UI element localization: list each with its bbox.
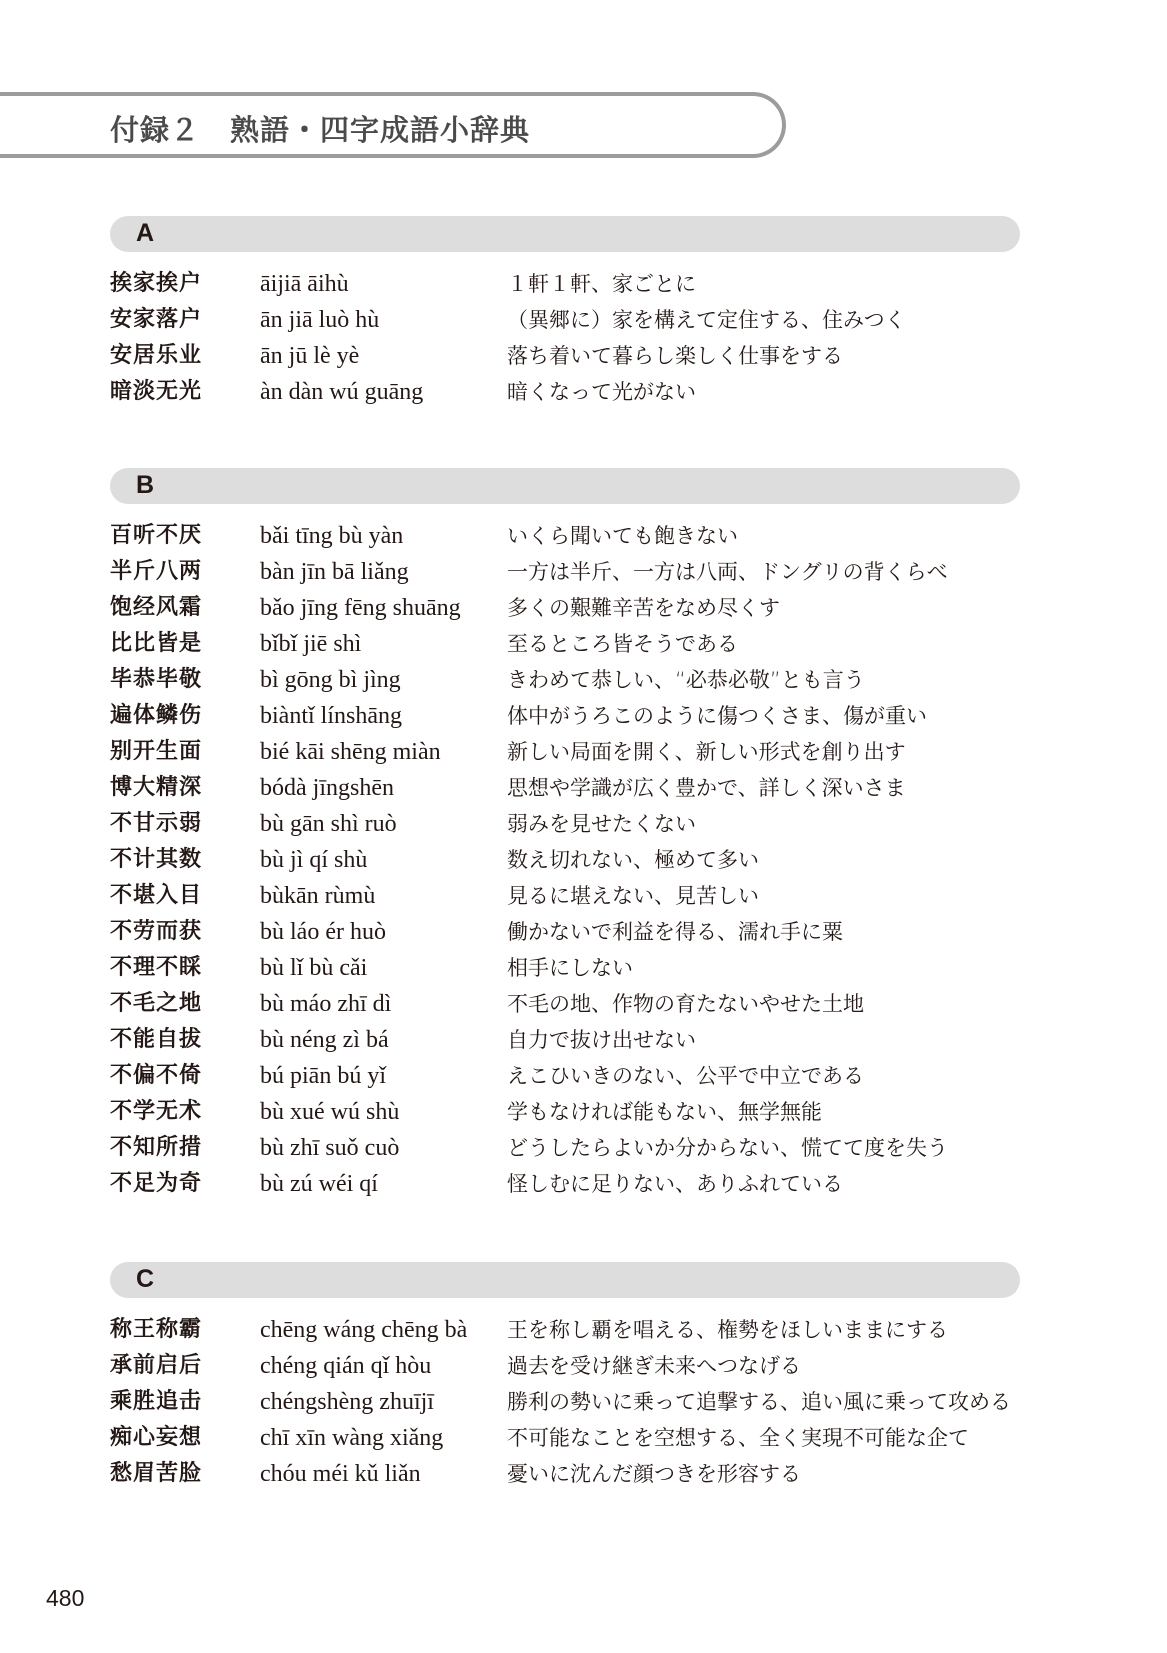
entry-pinyin: bǎi tīng bù yàn bbox=[260, 518, 507, 554]
entry-pinyin: chī xīn wàng xiǎng bbox=[260, 1420, 507, 1456]
dictionary-entry: 称王称霸chēng wáng chēng bà王を称し覇を唱える、権勢をほしいま… bbox=[110, 1312, 1030, 1348]
entry-meaning: 思想や学識が広く豊かで、詳しく深いさま bbox=[507, 770, 1027, 806]
entry-hanzi: 不计其数 bbox=[110, 842, 260, 878]
chapter-title: 付録２ 熟語・四字成語小辞典 bbox=[110, 108, 530, 149]
page-number: 480 bbox=[46, 1585, 84, 1612]
dictionary-entry: 不知所措bù zhī suǒ cuòどうしたらよいか分からない、慌てて度を失う bbox=[110, 1130, 1030, 1166]
entry-meaning: （異郷に）家を構えて定住する、住みつく bbox=[507, 302, 1027, 338]
entry-meaning: １軒１軒、家ごとに bbox=[507, 266, 1027, 302]
entry-meaning: えこひいきのない、公平で中立である bbox=[507, 1058, 1027, 1094]
entry-hanzi: 愁眉苦脸 bbox=[110, 1456, 260, 1492]
dictionary-entry: 不足为奇bù zú wéi qí怪しむに足りない、ありふれている bbox=[110, 1166, 1030, 1202]
entry-meaning: 王を称し覇を唱える、権勢をほしいままにする bbox=[507, 1312, 1027, 1348]
entry-hanzi: 乘胜追击 bbox=[110, 1384, 260, 1420]
entry-hanzi: 不能自拔 bbox=[110, 1022, 260, 1058]
dictionary-entry: 挨家挨户āijiā āihù１軒１軒、家ごとに bbox=[110, 266, 1030, 302]
entry-meaning: 不可能なことを空想する、全く実現不可能な企て bbox=[507, 1420, 1027, 1456]
entry-hanzi: 不学无术 bbox=[110, 1094, 260, 1130]
dictionary-entry: 半斤八两bàn jīn bā liǎng一方は半斤、一方は八両、ドングリの背くら… bbox=[110, 554, 1030, 590]
entry-meaning: 働かないで利益を得る、濡れ手に粟 bbox=[507, 914, 1027, 950]
entry-pinyin: bì gōng bì jìng bbox=[260, 662, 507, 698]
dictionary-entry: 不学无术bù xué wú shù学もなければ能もない、無学無能 bbox=[110, 1094, 1030, 1130]
entry-hanzi: 饱经风霜 bbox=[110, 590, 260, 626]
section-a-entries: 挨家挨户āijiā āihù１軒１軒、家ごとに 安家落户ān jiā luò h… bbox=[110, 266, 1030, 410]
entry-pinyin: bù néng zì bá bbox=[260, 1022, 507, 1058]
dictionary-entry: 遍体鳞伤biàntǐ línshāng体中がうろこのように傷つくさま、傷が重い bbox=[110, 698, 1030, 734]
entry-meaning: どうしたらよいか分からない、慌てて度を失う bbox=[507, 1130, 1027, 1166]
entry-pinyin: bú piān bú yǐ bbox=[260, 1058, 507, 1094]
entry-pinyin: bù zú wéi qí bbox=[260, 1166, 507, 1202]
entry-pinyin: bù lǐ bù cǎi bbox=[260, 950, 507, 986]
entry-hanzi: 不甘示弱 bbox=[110, 806, 260, 842]
dictionary-entry: 承前启后chéng qián qǐ hòu過去を受け継ぎ未来へつなげる bbox=[110, 1348, 1030, 1384]
entry-pinyin: bǐbǐ jiē shì bbox=[260, 626, 507, 662]
entry-meaning: 数え切れない、極めて多い bbox=[507, 842, 1027, 878]
entry-meaning: 相手にしない bbox=[507, 950, 1027, 986]
section-letter: C bbox=[136, 1265, 154, 1294]
entry-hanzi: 别开生面 bbox=[110, 734, 260, 770]
entry-pinyin: āijiā āihù bbox=[260, 266, 507, 302]
dictionary-entry: 愁眉苦脸chóu méi kǔ liǎn憂いに沈んだ顔つきを形容する bbox=[110, 1456, 1030, 1492]
entry-hanzi: 遍体鳞伤 bbox=[110, 698, 260, 734]
dictionary-entry: 不能自拔bù néng zì bá自力で抜け出せない bbox=[110, 1022, 1030, 1058]
dictionary-entry: 痴心妄想chī xīn wàng xiǎng不可能なことを空想する、全く実現不可… bbox=[110, 1420, 1030, 1456]
entry-meaning: 体中がうろこのように傷つくさま、傷が重い bbox=[507, 698, 1027, 734]
entry-meaning: 見るに堪えない、見苦しい bbox=[507, 878, 1027, 914]
section-c-entries: 称王称霸chēng wáng chēng bà王を称し覇を唱える、権勢をほしいま… bbox=[110, 1312, 1030, 1492]
entry-meaning: 勝利の勢いに乗って追撃する、追い風に乗って攻める bbox=[507, 1384, 1027, 1420]
entry-pinyin: bù máo zhī dì bbox=[260, 986, 507, 1022]
entry-meaning: 怪しむに足りない、ありふれている bbox=[507, 1166, 1027, 1202]
dictionary-entry: 暗淡无光àn dàn wú guāng暗くなって光がない bbox=[110, 374, 1030, 410]
entry-hanzi: 不偏不倚 bbox=[110, 1058, 260, 1094]
entry-pinyin: biàntǐ línshāng bbox=[260, 698, 507, 734]
entry-pinyin: bǎo jīng fēng shuāng bbox=[260, 590, 507, 626]
dictionary-entry: 不甘示弱bù gān shì ruò弱みを見せたくない bbox=[110, 806, 1030, 842]
entry-pinyin: bù zhī suǒ cuò bbox=[260, 1130, 507, 1166]
entry-hanzi: 不理不睬 bbox=[110, 950, 260, 986]
entry-pinyin: bódà jīngshēn bbox=[260, 770, 507, 806]
dictionary-entry: 不堪入目bùkān rùmù見るに堪えない、見苦しい bbox=[110, 878, 1030, 914]
dictionary-entry: 乘胜追击chéngshèng zhuījī勝利の勢いに乗って追撃する、追い風に乗… bbox=[110, 1384, 1030, 1420]
entry-pinyin: chéng qián qǐ hòu bbox=[260, 1348, 507, 1384]
entry-meaning: 一方は半斤、一方は八両、ドングリの背くらべ bbox=[507, 554, 1027, 590]
entry-hanzi: 暗淡无光 bbox=[110, 374, 260, 410]
entry-pinyin: ān jiā luò hù bbox=[260, 302, 507, 338]
entry-hanzi: 安居乐业 bbox=[110, 338, 260, 374]
entry-meaning: 不毛の地、作物の育たないやせた土地 bbox=[507, 986, 1027, 1022]
entry-pinyin: chéngshèng zhuījī bbox=[260, 1384, 507, 1420]
dictionary-entry: 比比皆是bǐbǐ jiē shì至るところ皆そうである bbox=[110, 626, 1030, 662]
dictionary-entry: 博大精深bódà jīngshēn思想や学識が広く豊かで、詳しく深いさま bbox=[110, 770, 1030, 806]
section-header-c: C bbox=[110, 1262, 1020, 1298]
section-header-b: B bbox=[110, 468, 1020, 504]
entry-pinyin: bié kāi shēng miàn bbox=[260, 734, 507, 770]
entry-pinyin: chēng wáng chēng bà bbox=[260, 1312, 507, 1348]
entry-meaning: 新しい局面を開く、新しい形式を創り出す bbox=[507, 734, 1027, 770]
entry-meaning: 至るところ皆そうである bbox=[507, 626, 1027, 662]
entry-hanzi: 安家落户 bbox=[110, 302, 260, 338]
entry-hanzi: 半斤八两 bbox=[110, 554, 260, 590]
dictionary-entry: 安家落户ān jiā luò hù（異郷に）家を構えて定住する、住みつく bbox=[110, 302, 1030, 338]
entry-hanzi: 称王称霸 bbox=[110, 1312, 260, 1348]
entry-hanzi: 挨家挨户 bbox=[110, 266, 260, 302]
dictionary-entry: 别开生面bié kāi shēng miàn新しい局面を開く、新しい形式を創り出… bbox=[110, 734, 1030, 770]
entry-meaning: 落ち着いて暮らし楽しく仕事をする bbox=[507, 338, 1027, 374]
entry-meaning: いくら聞いても飽きない bbox=[507, 518, 1027, 554]
dictionary-entry: 不劳而获bù láo ér huò働かないで利益を得る、濡れ手に粟 bbox=[110, 914, 1030, 950]
dictionary-entry: 不偏不倚bú piān bú yǐえこひいきのない、公平で中立である bbox=[110, 1058, 1030, 1094]
entry-pinyin: bù gān shì ruò bbox=[260, 806, 507, 842]
entry-hanzi: 不劳而获 bbox=[110, 914, 260, 950]
entry-hanzi: 百听不厌 bbox=[110, 518, 260, 554]
dictionary-entry: 不理不睬bù lǐ bù cǎi相手にしない bbox=[110, 950, 1030, 986]
entry-pinyin: bù xué wú shù bbox=[260, 1094, 507, 1130]
section-letter: B bbox=[136, 471, 154, 500]
entry-meaning: 多くの艱難辛苦をなめ尽くす bbox=[507, 590, 1027, 626]
entry-meaning: きわめて恭しい、“必恭必敬”とも言う bbox=[507, 662, 1027, 698]
entry-hanzi: 不知所措 bbox=[110, 1130, 260, 1166]
entry-pinyin: chóu méi kǔ liǎn bbox=[260, 1456, 507, 1492]
dictionary-entry: 不毛之地bù máo zhī dì不毛の地、作物の育たないやせた土地 bbox=[110, 986, 1030, 1022]
dictionary-entry: 饱经风霜bǎo jīng fēng shuāng多くの艱難辛苦をなめ尽くす bbox=[110, 590, 1030, 626]
entry-hanzi: 不足为奇 bbox=[110, 1166, 260, 1202]
entry-pinyin: bùkān rùmù bbox=[260, 878, 507, 914]
entry-hanzi: 承前启后 bbox=[110, 1348, 260, 1384]
dictionary-entry: 百听不厌bǎi tīng bù yànいくら聞いても飽きない bbox=[110, 518, 1030, 554]
entry-hanzi: 不堪入目 bbox=[110, 878, 260, 914]
dictionary-entry: 毕恭毕敬bì gōng bì jìngきわめて恭しい、“必恭必敬”とも言う bbox=[110, 662, 1030, 698]
entry-pinyin: ān jū lè yè bbox=[260, 338, 507, 374]
entry-hanzi: 毕恭毕敬 bbox=[110, 662, 260, 698]
entry-meaning: 自力で抜け出せない bbox=[507, 1022, 1027, 1058]
dictionary-entry: 安居乐业ān jū lè yè落ち着いて暮らし楽しく仕事をする bbox=[110, 338, 1030, 374]
entry-pinyin: bù jì qí shù bbox=[260, 842, 507, 878]
entry-pinyin: bù láo ér huò bbox=[260, 914, 507, 950]
entry-hanzi: 痴心妄想 bbox=[110, 1420, 260, 1456]
section-letter: A bbox=[136, 219, 154, 248]
entry-hanzi: 博大精深 bbox=[110, 770, 260, 806]
entry-meaning: 暗くなって光がない bbox=[507, 374, 1027, 410]
entry-pinyin: àn dàn wú guāng bbox=[260, 374, 507, 410]
section-header-a: A bbox=[110, 216, 1020, 252]
entry-meaning: 弱みを見せたくない bbox=[507, 806, 1027, 842]
entry-pinyin: bàn jīn bā liǎng bbox=[260, 554, 507, 590]
dictionary-entry: 不计其数bù jì qí shù数え切れない、極めて多い bbox=[110, 842, 1030, 878]
entry-meaning: 憂いに沈んだ顔つきを形容する bbox=[507, 1456, 1027, 1492]
entry-hanzi: 比比皆是 bbox=[110, 626, 260, 662]
entry-hanzi: 不毛之地 bbox=[110, 986, 260, 1022]
entry-meaning: 過去を受け継ぎ未来へつなげる bbox=[507, 1348, 1027, 1384]
entry-meaning: 学もなければ能もない、無学無能 bbox=[507, 1094, 1027, 1130]
section-b-entries: 百听不厌bǎi tīng bù yànいくら聞いても飽きない 半斤八两bàn j… bbox=[110, 518, 1030, 1202]
